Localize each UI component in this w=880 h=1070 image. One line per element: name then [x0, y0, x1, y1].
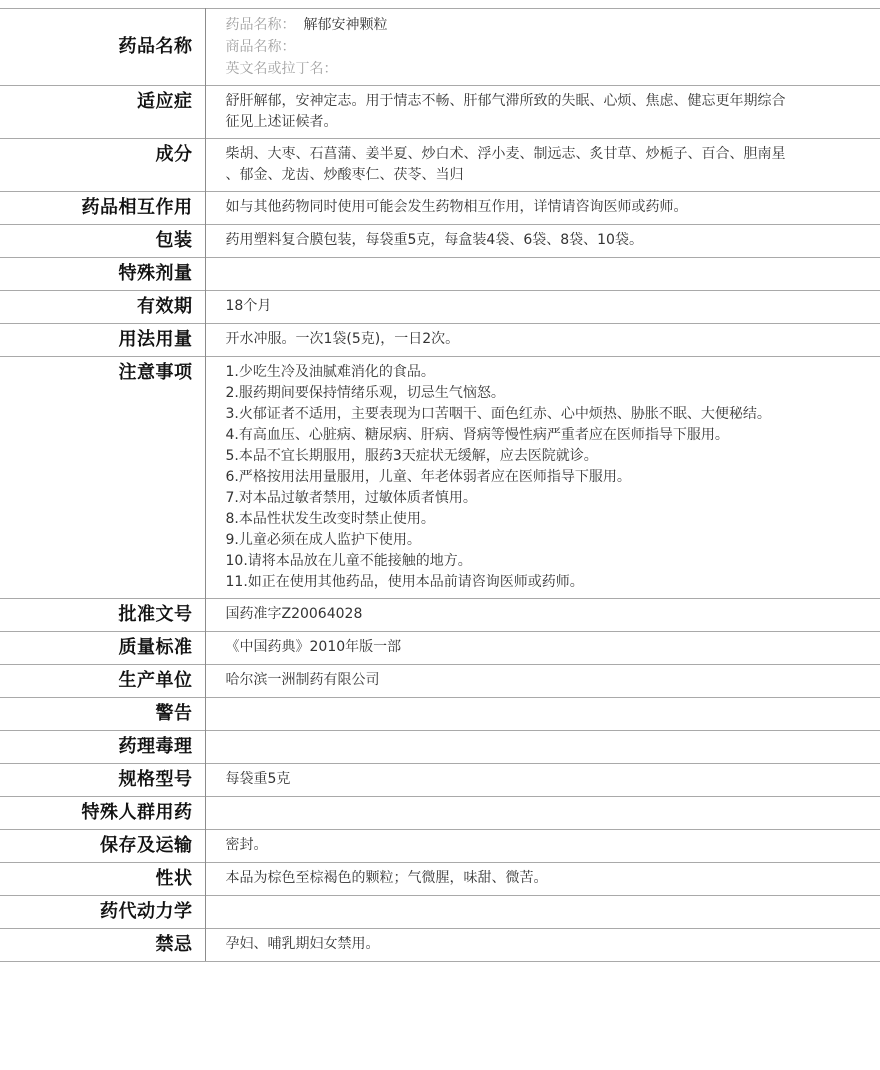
- row-precautions: 注意事项 1.少吃生冷及油腻难消化的食品。 2.服药期间要保持情绪乐观，切忌生气…: [0, 357, 880, 599]
- field-label: 英文名或拉丁名：: [226, 61, 338, 77]
- row-content: 柴胡、大枣、石菖蒲、姜半夏、炒白术、浮小麦、制远志、炙甘草、炒栀子、百合、胆南星…: [205, 139, 880, 192]
- row-label: 警告: [0, 698, 205, 731]
- row-content: [205, 896, 880, 929]
- row-label: 质量标准: [0, 632, 205, 665]
- row-packaging: 包装 药用塑料复合膜包装，每袋重5克，每盒装4袋、6袋、8袋、10袋。: [0, 225, 880, 258]
- row-warning: 警告: [0, 698, 880, 731]
- row-label: 药品相互作用: [0, 192, 205, 225]
- row-label: 药代动力学: [0, 896, 205, 929]
- row-label: 保存及运输: [0, 830, 205, 863]
- row-drug-name: 药品名称 药品名称：解郁安神颗粒商品名称：英文名或拉丁名：: [0, 9, 880, 86]
- row-label: 用法用量: [0, 324, 205, 357]
- row-shelf-life: 有效期 18个月: [0, 291, 880, 324]
- row-label: 药品名称: [0, 9, 205, 86]
- row-content: [205, 731, 880, 764]
- row-content: 孕妇、哺乳期妇女禁用。: [205, 929, 880, 962]
- row-label: 药理毒理: [0, 731, 205, 764]
- row-content: 国药准字Z20064028: [205, 599, 880, 632]
- row-label: 生产单位: [0, 665, 205, 698]
- row-label: 成分: [0, 139, 205, 192]
- row-specification: 规格型号 每袋重5克: [0, 764, 880, 797]
- row-content: 开水冲服。一次1袋(5克)，一日2次。: [205, 324, 880, 357]
- name-field-line: 英文名或拉丁名：: [226, 58, 867, 80]
- row-dosage-usage: 用法用量 开水冲服。一次1袋(5克)，一日2次。: [0, 324, 880, 357]
- row-label: 规格型号: [0, 764, 205, 797]
- row-indications: 适应症 舒肝解郁，安神定志。用于情志不畅、肝郁气滞所致的失眠、心烦、焦虑、健忘更…: [0, 86, 880, 139]
- row-content: [205, 698, 880, 731]
- name-field-line: 商品名称：: [226, 36, 867, 58]
- row-drug-interactions: 药品相互作用 如与其他药物同时使用可能会发生药物相互作用，详情请咨询医师或药师。: [0, 192, 880, 225]
- drug-info-table: 药品名称 药品名称：解郁安神颗粒商品名称：英文名或拉丁名： 适应症 舒肝解郁，安…: [0, 8, 880, 962]
- row-content: 《中国药典》2010年版一部: [205, 632, 880, 665]
- row-pharmacokinetics: 药代动力学: [0, 896, 880, 929]
- row-label: 包装: [0, 225, 205, 258]
- field-label: 药品名称：: [226, 17, 296, 33]
- row-content: 密封。: [205, 830, 880, 863]
- row-content: 药用塑料复合膜包装，每袋重5克，每盒装4袋、6袋、8袋、10袋。: [205, 225, 880, 258]
- row-content: [205, 258, 880, 291]
- field-value: 解郁安神颗粒: [304, 17, 388, 33]
- row-content: 哈尔滨一洲制药有限公司: [205, 665, 880, 698]
- row-content: 每袋重5克: [205, 764, 880, 797]
- row-special-populations: 特殊人群用药: [0, 797, 880, 830]
- row-manufacturer: 生产单位 哈尔滨一洲制药有限公司: [0, 665, 880, 698]
- row-content: 如与其他药物同时使用可能会发生药物相互作用，详情请咨询医师或药师。: [205, 192, 880, 225]
- row-label: 适应症: [0, 86, 205, 139]
- row-quality-standard: 质量标准 《中国药典》2010年版一部: [0, 632, 880, 665]
- row-label: 有效期: [0, 291, 205, 324]
- row-contraindications: 禁忌 孕妇、哺乳期妇女禁用。: [0, 929, 880, 962]
- drug-info-rows: 药品名称 药品名称：解郁安神颗粒商品名称：英文名或拉丁名： 适应症 舒肝解郁，安…: [0, 9, 880, 962]
- row-label: 特殊剂量: [0, 258, 205, 291]
- row-label: 特殊人群用药: [0, 797, 205, 830]
- row-approval-number: 批准文号 国药准字Z20064028: [0, 599, 880, 632]
- row-label: 批准文号: [0, 599, 205, 632]
- row-content: [205, 797, 880, 830]
- row-content: 本品为棕色至棕褐色的颗粒；气微腥，味甜、微苦。: [205, 863, 880, 896]
- row-label: 注意事项: [0, 357, 205, 599]
- row-content: 18个月: [205, 291, 880, 324]
- row-storage-transport: 保存及运输 密封。: [0, 830, 880, 863]
- row-special-dosage: 特殊剂量: [0, 258, 880, 291]
- row-content: 1.少吃生冷及油腻难消化的食品。 2.服药期间要保持情绪乐观，切忌生气恼怒。 3…: [205, 357, 880, 599]
- row-ingredients: 成分 柴胡、大枣、石菖蒲、姜半夏、炒白术、浮小麦、制远志、炙甘草、炒栀子、百合、…: [0, 139, 880, 192]
- row-label: 性状: [0, 863, 205, 896]
- name-field-line: 药品名称：解郁安神颗粒: [226, 14, 867, 36]
- row-content: 舒肝解郁，安神定志。用于情志不畅、肝郁气滞所致的失眠、心烦、焦虑、健忘更年期综合…: [205, 86, 880, 139]
- row-content: 药品名称：解郁安神颗粒商品名称：英文名或拉丁名：: [205, 9, 880, 86]
- field-label: 商品名称：: [226, 39, 296, 55]
- row-characteristics: 性状 本品为棕色至棕褐色的颗粒；气微腥，味甜、微苦。: [0, 863, 880, 896]
- row-pharmacology-toxicology: 药理毒理: [0, 731, 880, 764]
- row-label: 禁忌: [0, 929, 205, 962]
